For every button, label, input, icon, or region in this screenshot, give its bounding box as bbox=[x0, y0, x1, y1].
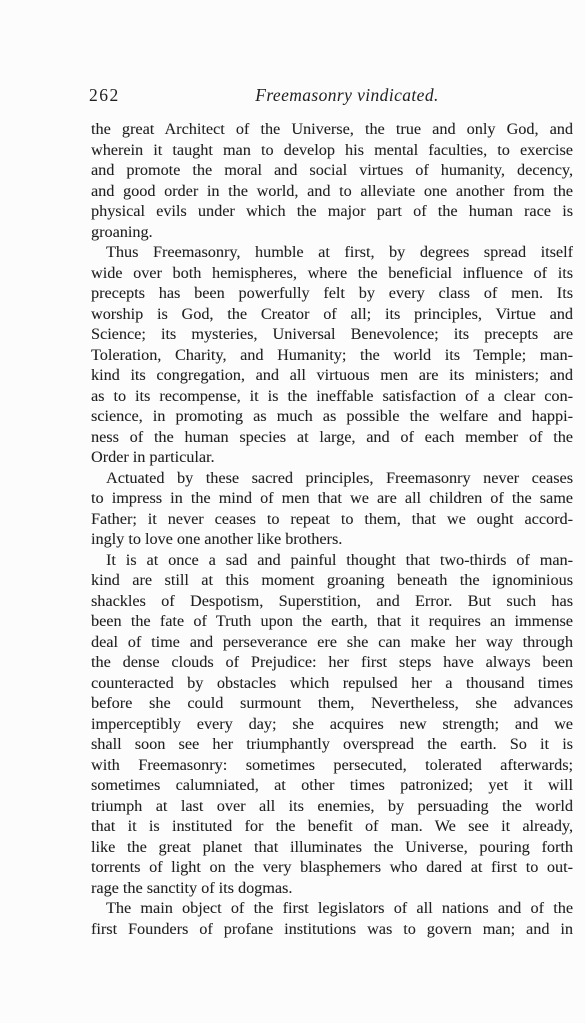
text-line: Father; it never ceases to repeat to the… bbox=[91, 509, 573, 530]
text-line: deal of time and perseverance ere she ca… bbox=[91, 632, 573, 653]
text-line: the great Architect of the Universe, the… bbox=[91, 119, 573, 140]
text-line: shall soon see her triumphantly overspre… bbox=[91, 734, 573, 755]
text-line: kind its congregation, and all virtuous … bbox=[91, 365, 573, 386]
book-page: 262 Freemasonry vindicated. the great Ar… bbox=[0, 0, 585, 1023]
text-line: shackles of Despotism, Superstition, and… bbox=[91, 591, 573, 612]
text-line: before she could surmount them, Neverthe… bbox=[91, 693, 573, 714]
text-line: imperceptibly every day; she acquires ne… bbox=[91, 714, 573, 735]
text-line: Order in particular. bbox=[91, 447, 573, 468]
text-line: to impress in the mind of men that we ar… bbox=[91, 488, 573, 509]
text-line: as to its recompense, it is the ineffabl… bbox=[91, 386, 573, 407]
text-line: and good order in the world, and to alle… bbox=[91, 181, 573, 202]
text-line: The main object of the first legislators… bbox=[91, 898, 573, 919]
text-line: rage the sanctity of its dogmas. bbox=[91, 878, 573, 899]
text-line: first Founders of profane institutions w… bbox=[91, 919, 573, 940]
text-line: torrents of light on the very blasphemer… bbox=[91, 857, 573, 878]
text-line: science, in promoting as much as possibl… bbox=[91, 406, 573, 427]
text-line: triumph at last over all its enemies, by… bbox=[91, 796, 573, 817]
text-line: the dense clouds of Prejudice: her first… bbox=[91, 652, 573, 673]
text-line: wherein it taught man to develop his men… bbox=[91, 140, 573, 161]
text-line: precepts has been powerfully felt by eve… bbox=[91, 283, 573, 304]
page-number: 262 bbox=[89, 85, 120, 106]
text-line: with Freemasonry: sometimes persecuted, … bbox=[91, 755, 573, 776]
text-line: It is at once a sad and painful thought … bbox=[91, 550, 573, 571]
text-line: physical evils under which the major par… bbox=[91, 201, 573, 222]
text-line: and promote the moral and social virtues… bbox=[91, 160, 573, 181]
text-line: Science; its mysteries, Universal Benevo… bbox=[91, 324, 573, 345]
text-line: worship is God, the Creator of all; its … bbox=[91, 304, 573, 325]
text-line: Actuated by these sacred principles, Fre… bbox=[91, 468, 573, 489]
body-text: the great Architect of the Universe, the… bbox=[91, 119, 573, 939]
text-line: wide over both hemispheres, where the be… bbox=[91, 263, 573, 284]
text-line: ness of the human species at large, and … bbox=[91, 427, 573, 448]
running-header: Freemasonry vindicated. bbox=[255, 85, 439, 106]
text-line: been the fate of Truth upon the earth, t… bbox=[91, 611, 573, 632]
text-line: Thus Freemasonry, humble at first, by de… bbox=[91, 242, 573, 263]
text-line: that it is instituted for the benefit of… bbox=[91, 816, 573, 837]
text-line: like the great planet that illuminates t… bbox=[91, 837, 573, 858]
text-line: groaning. bbox=[91, 222, 573, 243]
text-line: Toleration, Charity, and Humanity; the w… bbox=[91, 345, 573, 366]
text-line: sometimes calumniated, at other times pa… bbox=[91, 775, 573, 796]
text-line: kind are still at this moment groaning b… bbox=[91, 570, 573, 591]
text-line: ingly to love one another like brothers. bbox=[91, 529, 573, 550]
page-header: 262 Freemasonry vindicated. bbox=[91, 85, 573, 107]
text-line: counteracted by obstacles which repulsed… bbox=[91, 673, 573, 694]
